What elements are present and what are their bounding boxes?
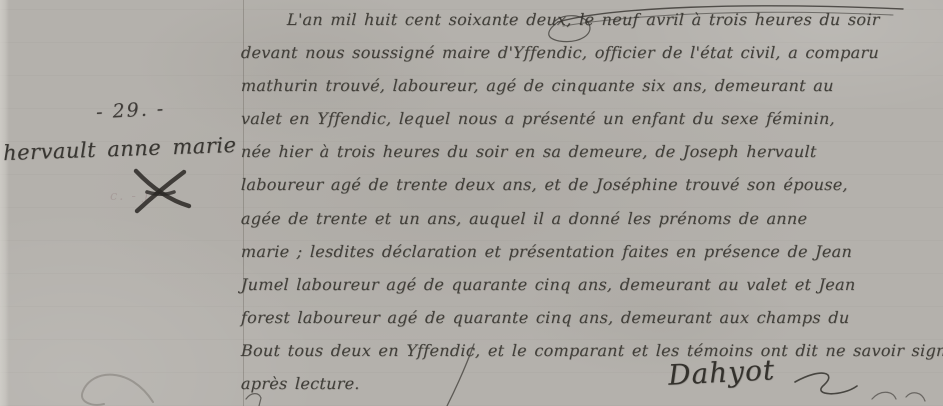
act-number: - 29. - bbox=[95, 97, 186, 124]
act-text-line: valet en Yffendic, lequel nous a présent… bbox=[240, 102, 943, 135]
scanned-register-page: - 29. - hervault anne marie c. - j. L'an… bbox=[0, 0, 943, 406]
act-text-line: Bout tous deux en Yffendic, et le compar… bbox=[240, 334, 943, 367]
act-text-line: L'an mil huit cent soixante deux, le neu… bbox=[240, 3, 943, 36]
pencil-note: c. - j. bbox=[110, 189, 156, 204]
act-text-line: marie ; lesdites déclaration et présenta… bbox=[240, 235, 943, 268]
margin-act-name: hervault anne marie bbox=[3, 133, 237, 165]
pencil-curve-icon bbox=[82, 375, 153, 405]
act-text-line: forest laboureur agé de quarante cinq an… bbox=[240, 301, 943, 334]
act-text-line: devant nous soussigné maire d'Yffendic, … bbox=[240, 36, 943, 69]
officer-signature: Dahyot bbox=[667, 353, 776, 392]
act-text-line: laboureur agé de trente deux ans, et de … bbox=[240, 168, 943, 201]
act-text-line: mathurin trouvé, laboureur, agé de cinqu… bbox=[240, 69, 943, 102]
act-text-line: agée de trente et un ans, auquel il a do… bbox=[240, 202, 943, 235]
act-text-line: après lecture. bbox=[240, 367, 943, 400]
act-text-line: née hier à trois heures du soir en sa de… bbox=[240, 135, 943, 168]
act-text-line: Jumel laboureur agé de quarante cinq ans… bbox=[240, 268, 943, 301]
act-body-text: L'an mil huit cent soixante deux, le neu… bbox=[241, 3, 943, 400]
